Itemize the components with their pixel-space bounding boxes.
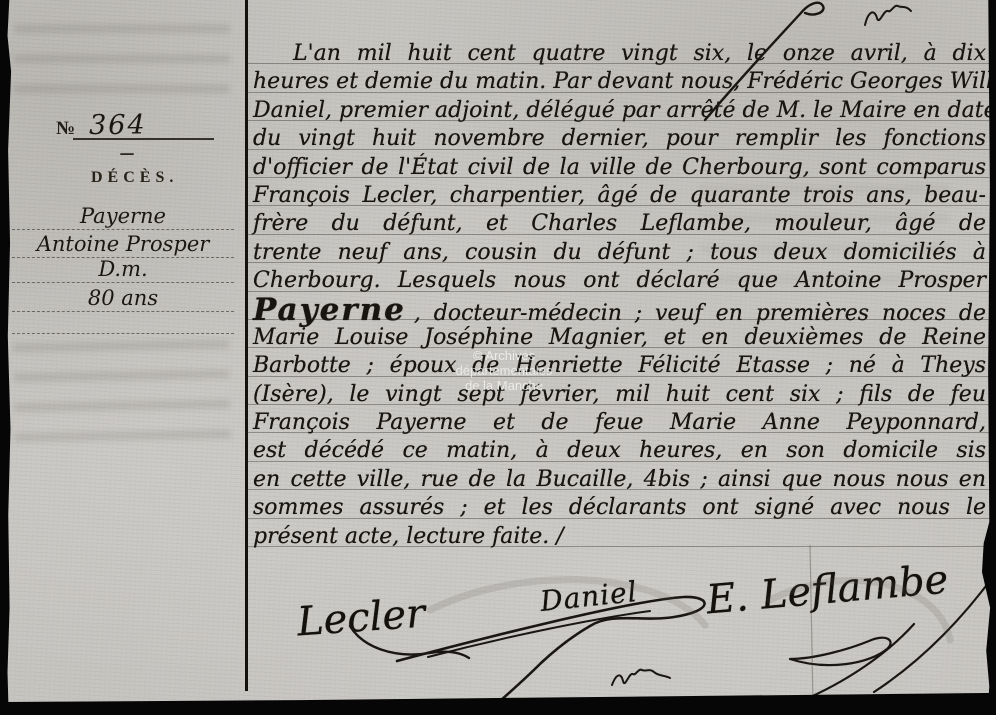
body-line: Barbotte ; époux de Henriette Félicité E… xyxy=(253,352,986,380)
daniel-paraph-squiggle xyxy=(612,670,670,685)
body-line: présent acte, lecture faite. / xyxy=(253,523,986,551)
body-line: frère du défunt, et Charles Leflambe, mo… xyxy=(253,210,986,238)
body-line-deceased-name: Payerne, docteur-médecin ; veuf en premi… xyxy=(253,296,986,324)
body-line: sommes assurés ; et les déclarants ont s… xyxy=(253,494,986,522)
scan-edge-left xyxy=(0,0,15,715)
body-line: du vingt huit novembre dernier, pour rem… xyxy=(253,125,986,153)
body-line: heures et demie du matin. Par devant nou… xyxy=(253,68,986,96)
body-line: Marie Louise Joséphine Magnier, et en de… xyxy=(253,324,986,352)
act-body-text: L'an mil huit cent quatre vingt six, le … xyxy=(253,40,986,551)
scanned-death-record-page: №364 — DÉCÈS. Payerne Antoine Prosper D.… xyxy=(0,0,996,715)
record-type-heading: DÉCÈS. xyxy=(91,169,178,187)
margin-separator-dash: — xyxy=(112,144,142,162)
leflambe-underline-loop xyxy=(790,638,891,665)
signature-daniel: Daniel xyxy=(539,575,640,618)
body-line: est décédé ce matin, à deux heures, en s… xyxy=(253,437,986,465)
acte-number-underline xyxy=(73,138,214,140)
margin-entry-surname: Payerne xyxy=(12,201,234,230)
acte-number-value: 364 xyxy=(89,110,147,141)
margin-entry-age: 80 ans xyxy=(12,283,234,312)
acte-number-label: № xyxy=(56,118,75,139)
margin-entry-given-names: Antoine Prosper xyxy=(12,230,234,258)
body-line: François Payerne et de feue Marie Anne P… xyxy=(253,409,986,437)
body-line-rest: , docteur-médecin ; veuf en premières no… xyxy=(414,301,986,326)
body-line: en cette ville, rue de la Bucaille, 4bis… xyxy=(253,466,986,494)
margin-entry-blank xyxy=(12,313,234,334)
margin-entry-profession: D.m. xyxy=(12,258,234,283)
body-line: d'officier de l'État civil de la ville d… xyxy=(253,154,986,182)
ink-bleedthrough xyxy=(14,20,230,110)
signature-leflambe: E. Leflambe xyxy=(704,557,950,624)
daniel-paraph-inner-stroke xyxy=(428,611,650,657)
ink-bleedthrough xyxy=(13,340,231,459)
body-line: trente neuf ans, cousin du défunt ; tous… xyxy=(253,239,986,267)
body-line: Daniel, premier adjoint, délégué par arr… xyxy=(253,97,986,125)
body-line: (Isère), le vingt sept février, mil huit… xyxy=(253,381,986,409)
acte-number-row: №364 xyxy=(56,110,147,141)
deceased-surname: Payerne xyxy=(253,292,406,328)
signature-lecler: Lecler xyxy=(296,591,427,646)
scan-edge-bottom xyxy=(0,691,996,715)
body-line: L'an mil huit cent quatre vingt six, le … xyxy=(253,40,986,68)
body-line: François Lecler, charpentier, âgé de qua… xyxy=(253,182,986,210)
margin-divider-line xyxy=(245,0,248,691)
top-flourish-squiggle xyxy=(865,6,911,25)
